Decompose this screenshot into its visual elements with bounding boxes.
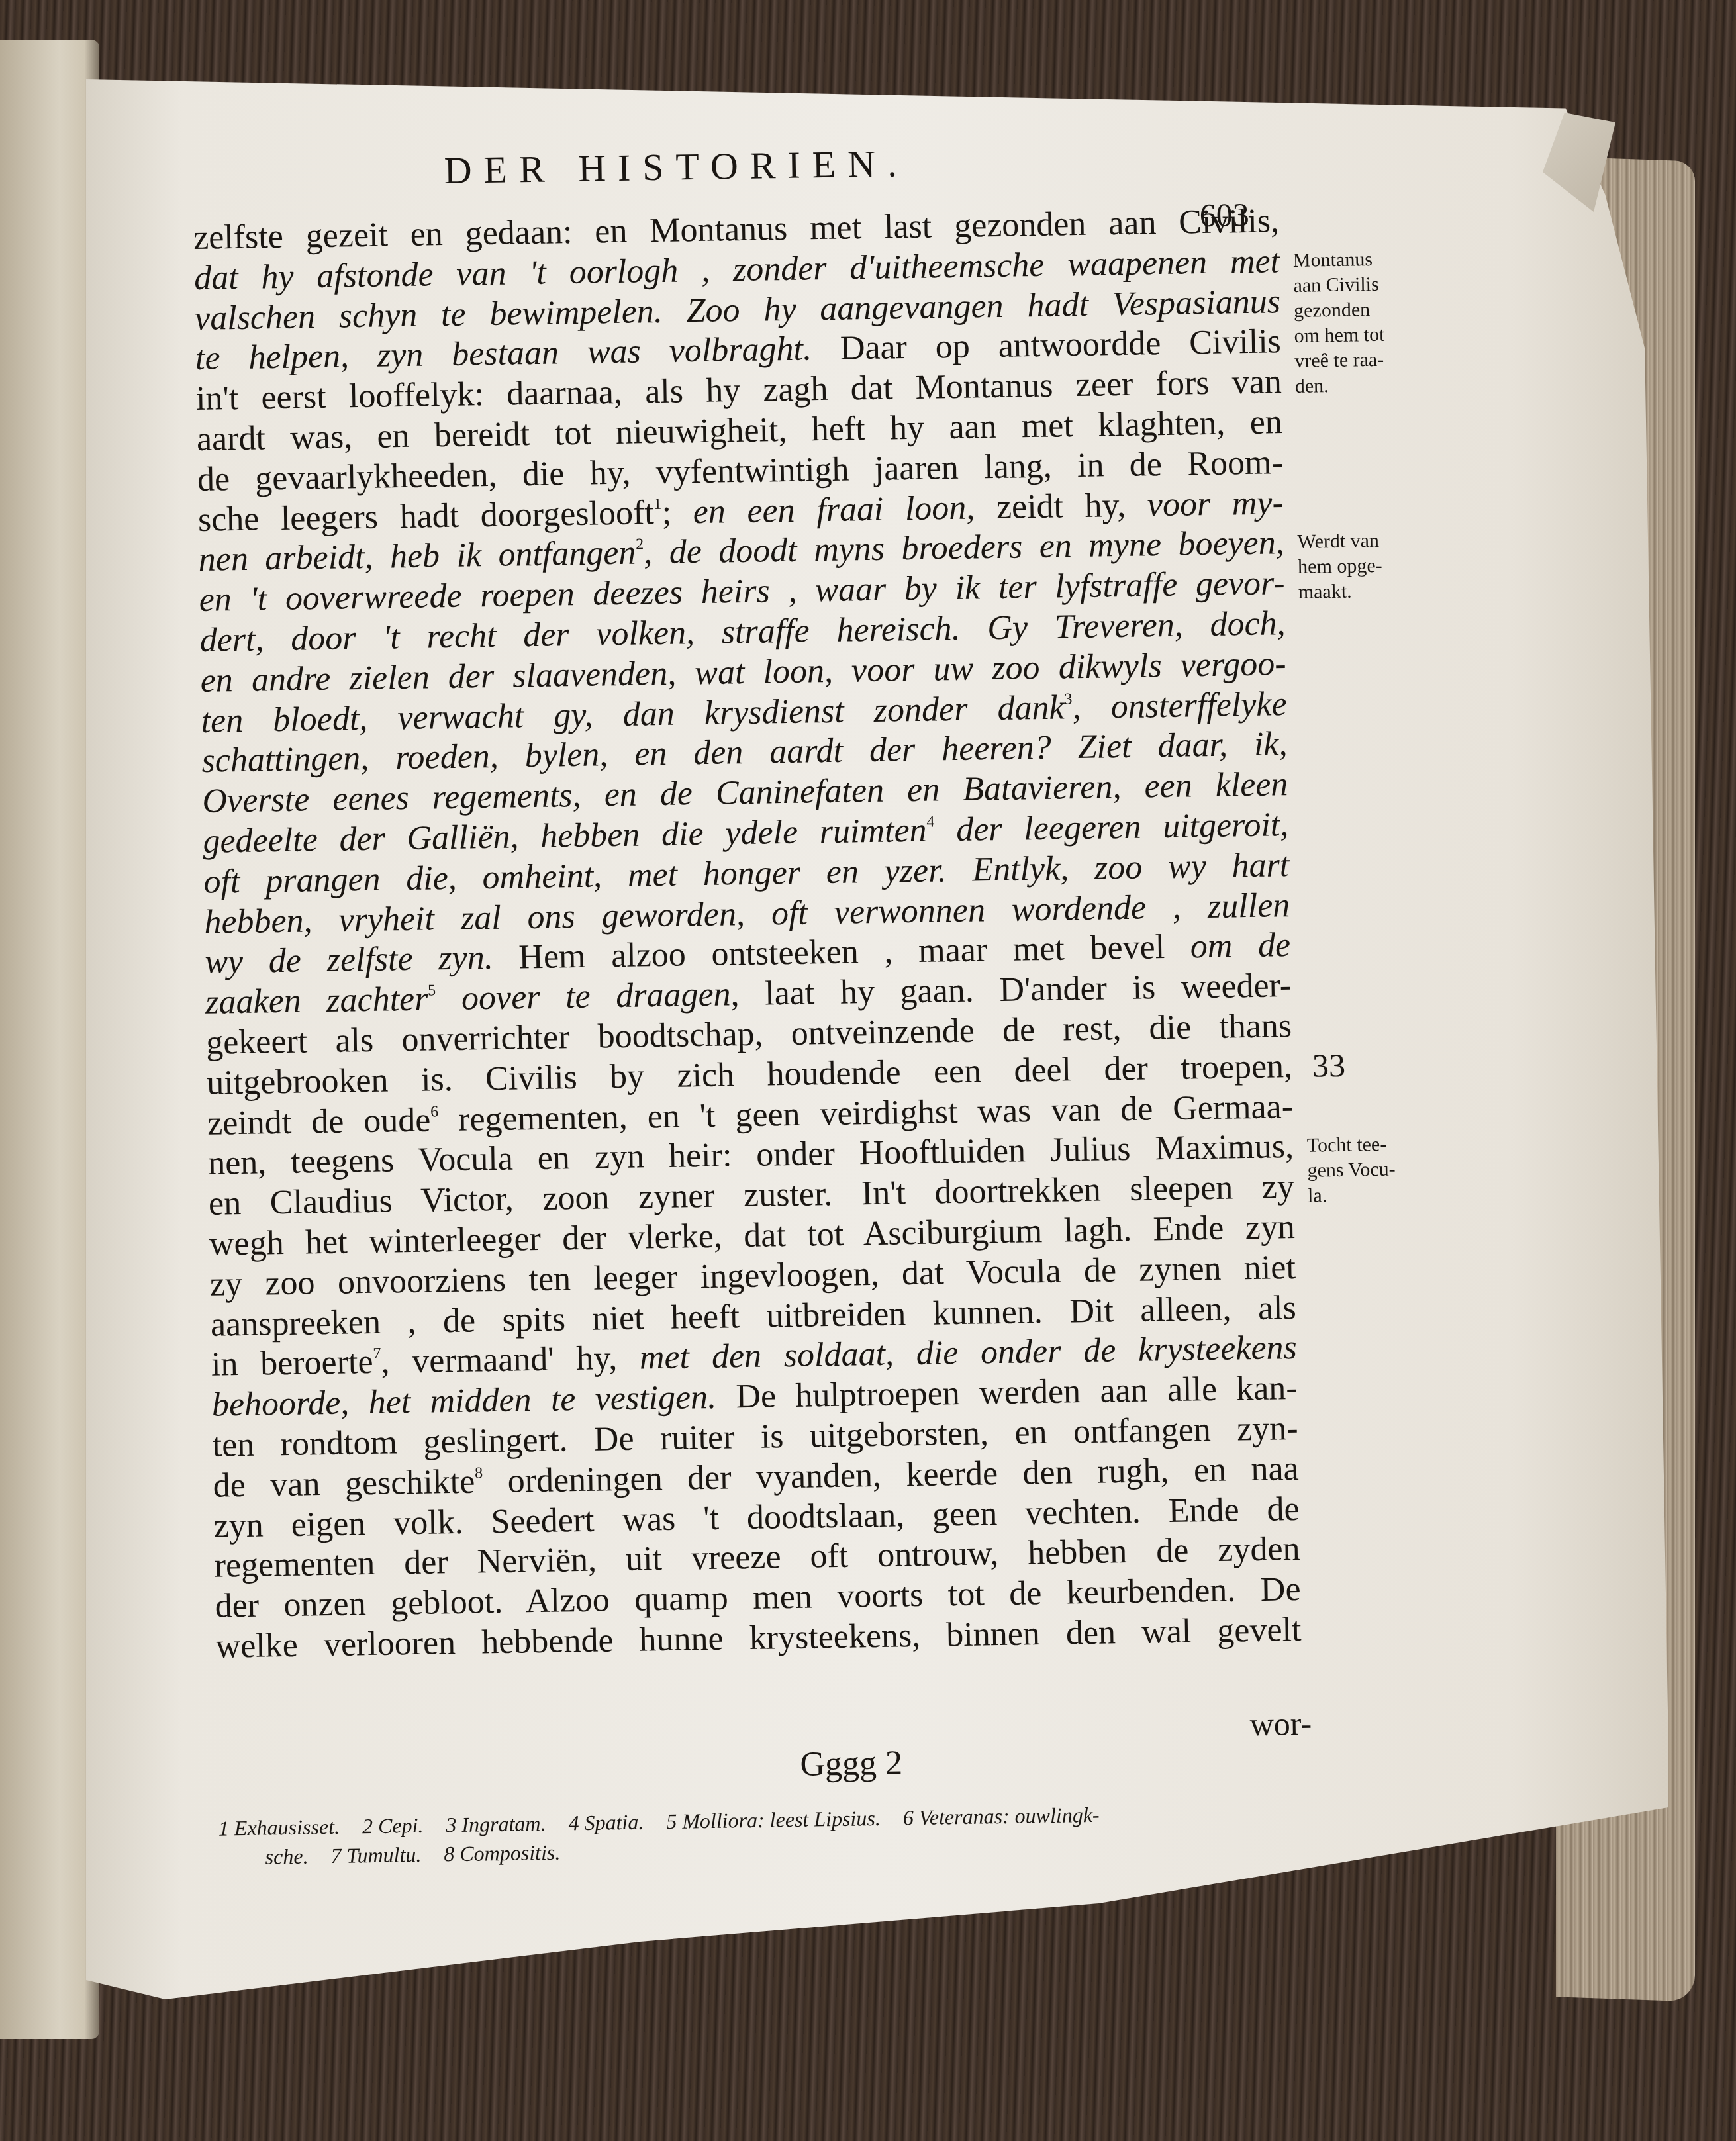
footnote-ref: 4	[926, 813, 934, 830]
roman-text: De hulptroepen werden aan alle kan-	[716, 1369, 1298, 1416]
roman-text: , laat hy gaan. D'ander is weeder-	[730, 967, 1291, 1013]
italic-text: om de	[1190, 926, 1290, 965]
margin-note-line: den.	[1295, 372, 1428, 399]
footnote-ref: 8	[475, 1464, 483, 1482]
footnote-ref: 2	[636, 536, 644, 553]
margin-note-line: vreê te raa-	[1294, 347, 1427, 374]
footnote: 3 Ingratam.	[446, 1811, 546, 1836]
body-text: zelfste gezeit en gedaan: en Montanus me…	[193, 201, 1302, 1667]
roman-text: , vermaand' hy,	[381, 1339, 640, 1381]
catchword: wor-	[1249, 1704, 1312, 1743]
roman-text: sche leegers hadt doorgeslooft	[197, 494, 654, 539]
margin-note: Montanusaan Civilisgezondenom hem totvre…	[1293, 246, 1428, 399]
italic-text: voor my-	[1147, 484, 1284, 524]
italic-text: nen arbeidt, heb ik ontfangen	[198, 534, 636, 579]
italic-text: zaaken zachter	[205, 980, 428, 1022]
italic-text: behoorde, het midden te vestigen.	[211, 1378, 716, 1424]
roman-text: zeidt hy,	[975, 486, 1147, 526]
roman-text: de van geschikte	[213, 1462, 475, 1504]
roman-text: ;	[661, 493, 693, 532]
footnote: 7 Tumultu.	[330, 1842, 421, 1868]
margin-note-line: la.	[1308, 1182, 1441, 1209]
margin-note-line: Montanus	[1293, 246, 1426, 273]
facing-page-edge	[0, 40, 99, 2039]
footnote: 5 Molliora: leest Lipsius.	[666, 1806, 881, 1833]
margin-note: Werdt vanhem opge-maakt.	[1297, 528, 1431, 605]
section-number: 33	[1312, 1046, 1346, 1085]
footnote: sche.	[265, 1844, 308, 1869]
footnote: 8 Compositis.	[444, 1840, 561, 1866]
margin-note-line: om hem tot	[1294, 322, 1427, 349]
margin-note-line: gens Vocu-	[1307, 1157, 1440, 1184]
margin-note-line: maakt.	[1298, 578, 1431, 605]
footnote-ref: 1	[653, 496, 661, 513]
margin-note-line: Tocht tee-	[1307, 1131, 1440, 1159]
italic-text: te helpen, zyn bestaan was volbraght.	[195, 330, 812, 378]
footnote: 2 Cepi.	[362, 1813, 424, 1838]
margin-note-line: hem opge-	[1298, 553, 1431, 580]
italic-text: oover te draagen	[436, 976, 731, 1018]
footnote: 1 Exhausisset.	[218, 1815, 340, 1840]
running-head: DER HISTORIEN.	[444, 141, 909, 193]
italic-text: en een fraai loon,	[693, 489, 975, 531]
roman-text: Daar op antwoordde Civilis	[812, 323, 1282, 368]
margin-note-line: gezonden	[1294, 297, 1427, 324]
roman-text: in beroerte	[211, 1343, 373, 1384]
margin-note-line: Werdt van	[1297, 528, 1430, 555]
signature-mark: Gggg 2	[800, 1743, 902, 1784]
footnote: 4 Spatia.	[568, 1810, 644, 1835]
footnote-ref: 6	[430, 1103, 438, 1120]
italic-text: , onsterffelyke	[1072, 685, 1287, 726]
footnote-ref: 3	[1064, 690, 1072, 708]
footnote-ref: 5	[428, 982, 436, 1000]
margin-note: Tocht tee-gens Vocu-la.	[1307, 1131, 1441, 1209]
italic-text: wy de zelfste zyn.	[205, 939, 493, 981]
italic-text: der leegeren uitgeroit,	[934, 806, 1289, 849]
footnote: 6 Veteranas: ouwlingk-	[903, 1803, 1100, 1830]
roman-text: zeindt de oude	[207, 1101, 431, 1142]
footnote-ref: 7	[373, 1345, 381, 1362]
margin-note-line: aan Civilis	[1293, 271, 1426, 299]
